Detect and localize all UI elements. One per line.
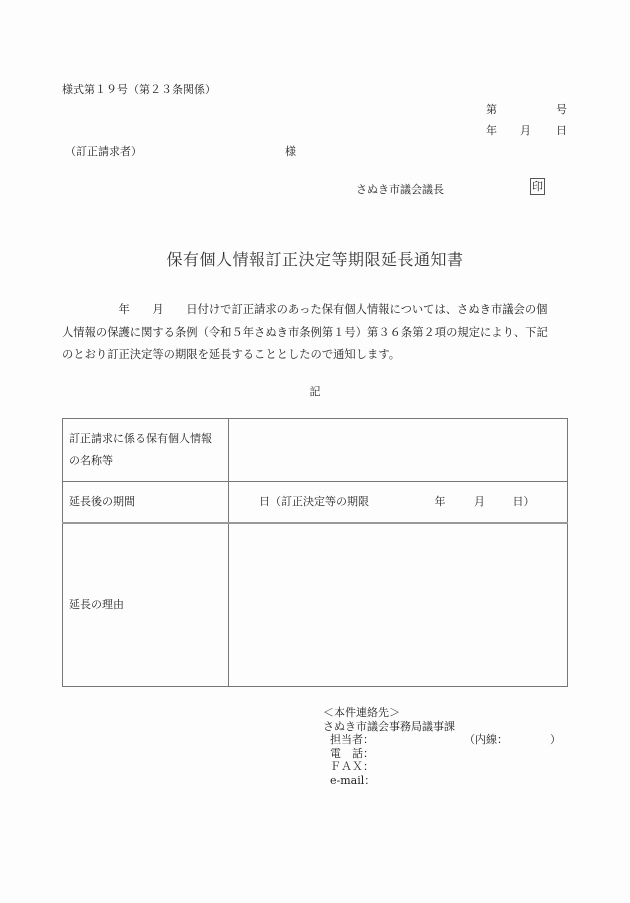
addressee-honorific: 様 — [285, 143, 296, 159]
body-line-1: 年 月 日付けで訂正請求のあった保有個人情報については、さぬき市議会の個 — [62, 299, 572, 322]
reason-value[interactable] — [229, 523, 568, 687]
target-info-value[interactable] — [229, 419, 568, 482]
table-row-target-info: 訂正請求に係る保有個人情報 の名称等 — [63, 419, 568, 482]
body-paragraph: 年 月 日付けで訂正請求のあった保有個人情報については、さぬき市議会の個 人情報… — [62, 299, 572, 367]
contact-fax-label: ＦＡＸ： — [323, 760, 561, 774]
seal-stamp-icon: 印 — [530, 178, 545, 195]
contact-department: さぬき市議会事務局議事課 — [323, 720, 561, 734]
period-year-label: 年 — [435, 491, 446, 513]
details-table: 訂正請求に係る保有個人情報 の名称等 延長後の期間 日（訂正決定等の期限 年 月… — [62, 418, 568, 687]
contact-phone-label: 電 話： — [323, 747, 561, 761]
contact-person-label: 担当者： — [323, 733, 374, 746]
date-month-label: 月 — [520, 122, 531, 138]
body-line-3: のとおり訂正決定等の期限を延長することとしたので通知します。 — [62, 344, 572, 367]
document-number-prefix: 第 — [486, 101, 497, 117]
document-number-suffix: 号 — [556, 101, 567, 117]
contact-heading: ＜本件連絡先＞ — [323, 706, 561, 720]
extended-period-value[interactable]: 日（訂正決定等の期限 年 月 日） — [229, 482, 568, 524]
document-title: 保有個人情報訂正決定等期限延長通知書 — [0, 247, 630, 270]
date-year-label: 年 — [486, 122, 497, 138]
target-info-label-line1: 訂正請求に係る保有個人情報 — [69, 428, 228, 450]
issuer-name: さぬき市議会議長 — [356, 181, 444, 197]
body-line-2: 人情報の保護に関する条例（令和５年さぬき市条例第１号）第３６条第２項の規定により… — [62, 322, 572, 345]
contact-person-row: 担当者：（内線：） — [323, 733, 561, 747]
period-close-label: 日） — [513, 491, 535, 513]
contact-extension-close: ） — [550, 733, 561, 746]
reason-label: 延長の理由 — [63, 523, 229, 687]
form-number: 様式第１９号（第２３条関係） — [62, 81, 216, 97]
table-row-extended-period: 延長後の期間 日（訂正決定等の期限 年 月 日） — [63, 482, 568, 524]
table-row-reason: 延長の理由 — [63, 523, 568, 687]
period-month-label: 月 — [474, 491, 485, 513]
target-info-label: 訂正請求に係る保有個人情報 の名称等 — [63, 419, 229, 482]
contact-email-label: e-mail： — [323, 774, 561, 788]
date-day-label: 日 — [556, 122, 567, 138]
period-day-text: 日（訂正決定等の期限 — [259, 491, 369, 513]
addressee-label: （訂正請求者） — [65, 143, 142, 159]
ki-heading: 記 — [0, 383, 630, 399]
contact-extension-label: （内線： — [464, 733, 508, 746]
contact-block: ＜本件連絡先＞ さぬき市議会事務局議事課 担当者：（内線：） 電 話： ＦＡＸ：… — [323, 706, 561, 787]
target-info-label-line2: の名称等 — [69, 450, 228, 472]
extended-period-label: 延長後の期間 — [63, 482, 229, 524]
